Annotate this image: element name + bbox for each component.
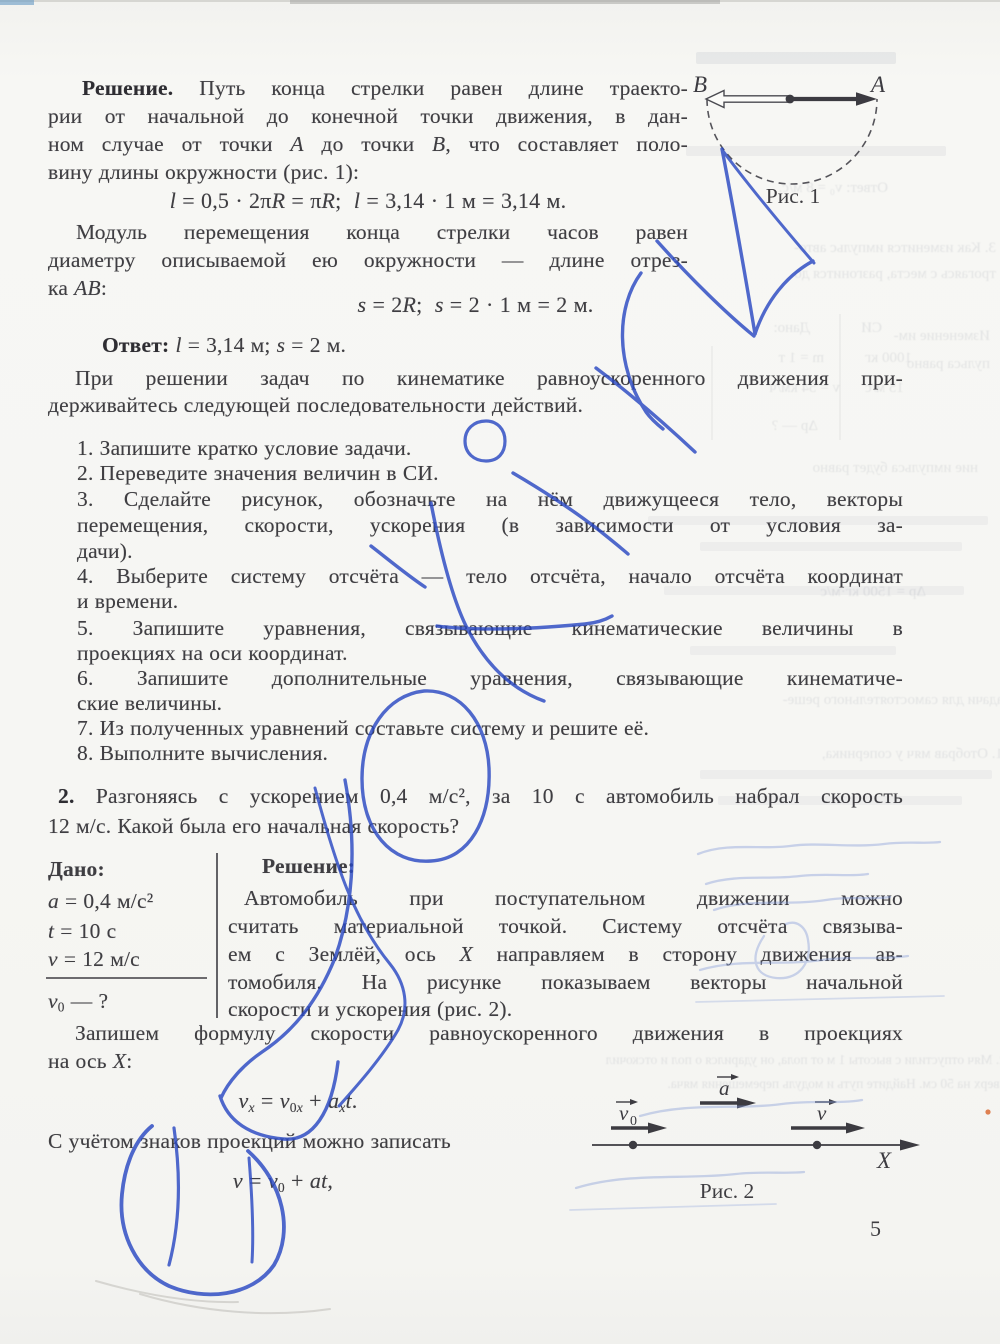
end-dot xyxy=(813,1141,821,1149)
v-label: v xyxy=(817,1101,827,1125)
x-axis-label: X xyxy=(876,1148,892,1173)
ghost-text: ние импульса будет равно xyxy=(648,460,978,477)
answer-line: Ответ: l = 3,14 м; s = 2 м. xyxy=(102,332,346,358)
red-speck xyxy=(985,1109,990,1114)
point-b-label: В xyxy=(693,72,707,97)
text-line: держивайтесь следующей последовательност… xyxy=(48,392,583,418)
ghost-text: Дано: xyxy=(740,320,810,337)
ghost-text: Задачи для самостоятельного реше- xyxy=(646,692,1000,709)
list-item: 2. Переведите значения величин в СИ. xyxy=(77,460,439,486)
ghost-text-bar xyxy=(700,770,992,779)
text-line: ном случае от точки А до точки В, что со… xyxy=(48,131,688,157)
list-item: 8. Выполните вычисления. xyxy=(77,740,328,766)
given-result: v0 — ? xyxy=(48,988,108,1021)
ghost-text: 1. Отобрав мяч у соперника, xyxy=(698,746,1000,763)
text-line: рии от начальной до конечной точки движе… xyxy=(48,103,688,129)
center-dot xyxy=(786,95,795,104)
arrowhead xyxy=(856,92,877,106)
scanned-textbook-page: Ответ: v₀ = 8 м/с. 3. Как изменится импу… xyxy=(0,0,1000,1344)
text-line: Запишем формулу скорости равноускоренног… xyxy=(48,1020,903,1046)
list-item: перемещения, скорости, ускорения (в зави… xyxy=(77,512,903,538)
figure-2-caption: Рис. 2 xyxy=(700,1179,755,1203)
given-title: Дано: xyxy=(48,856,105,882)
text-line: Модуль перемещения конца стрелки часов р… xyxy=(48,219,688,245)
text-line: скорости и ускорения (рис. 2). xyxy=(228,996,512,1022)
semicircle-trajectory xyxy=(707,99,877,184)
v0-label-sub: 0 xyxy=(630,1114,637,1129)
ghost-text: трогаясь с места, разгонится до xyxy=(646,266,996,283)
text-line: Решение. Путь конца стрелки равен длине … xyxy=(48,75,688,101)
list-item: 4. Выберите систему отсчёта — тело отсчё… xyxy=(77,563,903,589)
ghost-text: Δp — ? xyxy=(734,418,818,435)
given-row: a = 0,4 м/с² xyxy=(48,888,153,914)
ghost-text-bar xyxy=(696,52,896,64)
list-item: 1. Запишите кратко условие задачи. xyxy=(77,435,411,461)
list-item: 3. Сделайте рисунок, обозначьте на нём д… xyxy=(77,486,903,512)
list-item: 7. Из полученных уравнений составьте сис… xyxy=(77,715,649,741)
list-item: и времени. xyxy=(77,588,178,614)
figure-2: v 0 a v X Рис. 2 xyxy=(592,1074,920,1203)
formula-line: v = v0 + at, xyxy=(48,1168,518,1201)
solution-title: Решение: xyxy=(262,853,355,879)
ghost-text-bar xyxy=(690,646,896,655)
list-item: 6. Запишите дополнительные уравнения, св… xyxy=(77,665,903,691)
text-line: Автомобиль при поступательном движении м… xyxy=(228,885,903,911)
list-item: 5. Запишите уравнения, связывающие кинем… xyxy=(77,615,903,641)
displacement-arrow xyxy=(706,91,790,108)
text-line: диаметру описываемой ею окружности — дли… xyxy=(48,247,688,273)
scan-edge-artifacts xyxy=(0,0,1000,5)
start-dot xyxy=(629,1141,637,1149)
text-line: ем с Землёй, ось X направляем в сторону … xyxy=(228,941,903,967)
formula-line: s = 2R; s = 2 · 1 м = 2 м. xyxy=(48,292,903,318)
problem-line: 12 м/с. Какой была его начальная скорост… xyxy=(48,813,459,839)
list-item: проекциях на оси координат. xyxy=(77,640,348,666)
page-number: 5 xyxy=(870,1216,881,1242)
ghost-text: Ответ: v₀ = 8 м/с. xyxy=(698,180,888,197)
given-row: v = 12 м/с xyxy=(48,946,140,972)
axis-arrowhead xyxy=(900,1140,920,1151)
text-line: томобиля. На рисунке показываем векторы … xyxy=(228,969,903,995)
list-item: дачи). xyxy=(77,538,133,564)
text-line: на ось X: xyxy=(48,1048,132,1074)
ghost-text: 3. Как изменится импульс авто- xyxy=(646,240,996,257)
problem-line: 2. Разгоняясь с ускорением 0,4 м/с², за … xyxy=(48,783,903,809)
v0-label: v xyxy=(619,1101,629,1125)
formula-line: l = 0,5 · 2πR = πR; l = 3,14 · 1 м = 3,1… xyxy=(48,188,688,214)
text-line: считать материальной точкой. Систему отс… xyxy=(228,913,903,939)
formula-line: vx = v0x + axt. xyxy=(48,1088,548,1121)
text-line: вину длины окружности (рис. 1): xyxy=(48,159,359,185)
text-line: С учётом знаков проекций можно записать xyxy=(48,1128,451,1154)
pencil-marks xyxy=(96,1281,330,1313)
list-item: ские величины. xyxy=(77,690,222,716)
ghost-text-bar xyxy=(700,542,962,551)
ghost-text: Изменение им- xyxy=(858,328,990,345)
ghost-text: вверх на 50 см. Найдите путь и модуль пе… xyxy=(588,1076,1000,1092)
point-a-label: А xyxy=(869,72,886,97)
given-row: t = 10 с xyxy=(48,918,116,944)
ghost-text: 2. Мяч отпустили с высоты 1 м от пола, о… xyxy=(588,1052,1000,1068)
ghost-text-bar xyxy=(686,146,946,156)
text-line: При решении задач по кинематике равноуск… xyxy=(48,365,903,391)
